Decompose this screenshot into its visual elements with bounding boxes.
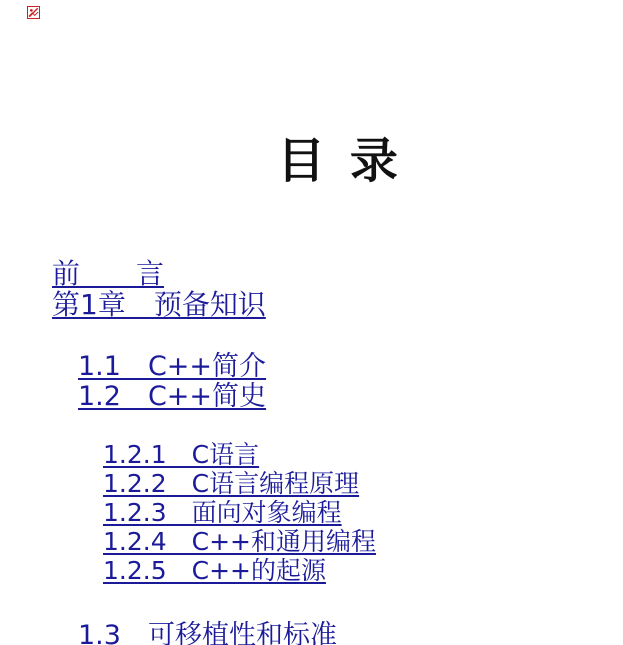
page-title: 目 录 <box>277 122 402 191</box>
toc-row: 1.2.4 C++和通用编程 <box>0 527 623 556</box>
toc-row: 1.2.1 C语言 <box>0 440 623 469</box>
broken-image-icon <box>27 6 40 19</box>
toc-link[interactable]: 第1章 预备知识 <box>52 288 266 321</box>
toc-row: 第1章 预备知识 <box>0 289 623 320</box>
toc-link[interactable]: 1.2.1 C语言 <box>103 440 259 469</box>
toc-row: 1.2 C++简史 <box>0 382 623 412</box>
toc-row: 1.2.5 C++的起源 <box>0 556 623 585</box>
toc-link[interactable]: 1.3 可移植性和标准 <box>78 620 337 645</box>
toc-link[interactable]: 前 言 <box>52 257 164 290</box>
toc-link[interactable]: 1.2.2 C语言编程原理 <box>103 469 359 498</box>
toc-link[interactable]: 1.2.3 面向对象编程 <box>103 498 342 527</box>
table-of-contents: 前 言第1章 预备知识1.1 C++简介1.2 C++简史1.2.1 C语言1.… <box>0 258 623 645</box>
toc-row: 1.1 C++简介 <box>0 352 623 382</box>
toc-link[interactable]: 1.2.5 C++的起源 <box>103 556 326 585</box>
toc-link[interactable]: 1.2.4 C++和通用编程 <box>103 527 376 556</box>
toc-link[interactable]: 1.1 C++简介 <box>78 351 266 382</box>
toc-row: 1.2.2 C语言编程原理 <box>0 469 623 498</box>
toc-row: 1.2.3 面向对象编程 <box>0 498 623 527</box>
title-area: 目 录 <box>0 122 623 191</box>
toc-row: 1.3 可移植性和标准 <box>0 621 623 645</box>
toc-link[interactable]: 1.2 C++简史 <box>78 381 266 412</box>
toc-row: 前 言 <box>0 258 623 289</box>
